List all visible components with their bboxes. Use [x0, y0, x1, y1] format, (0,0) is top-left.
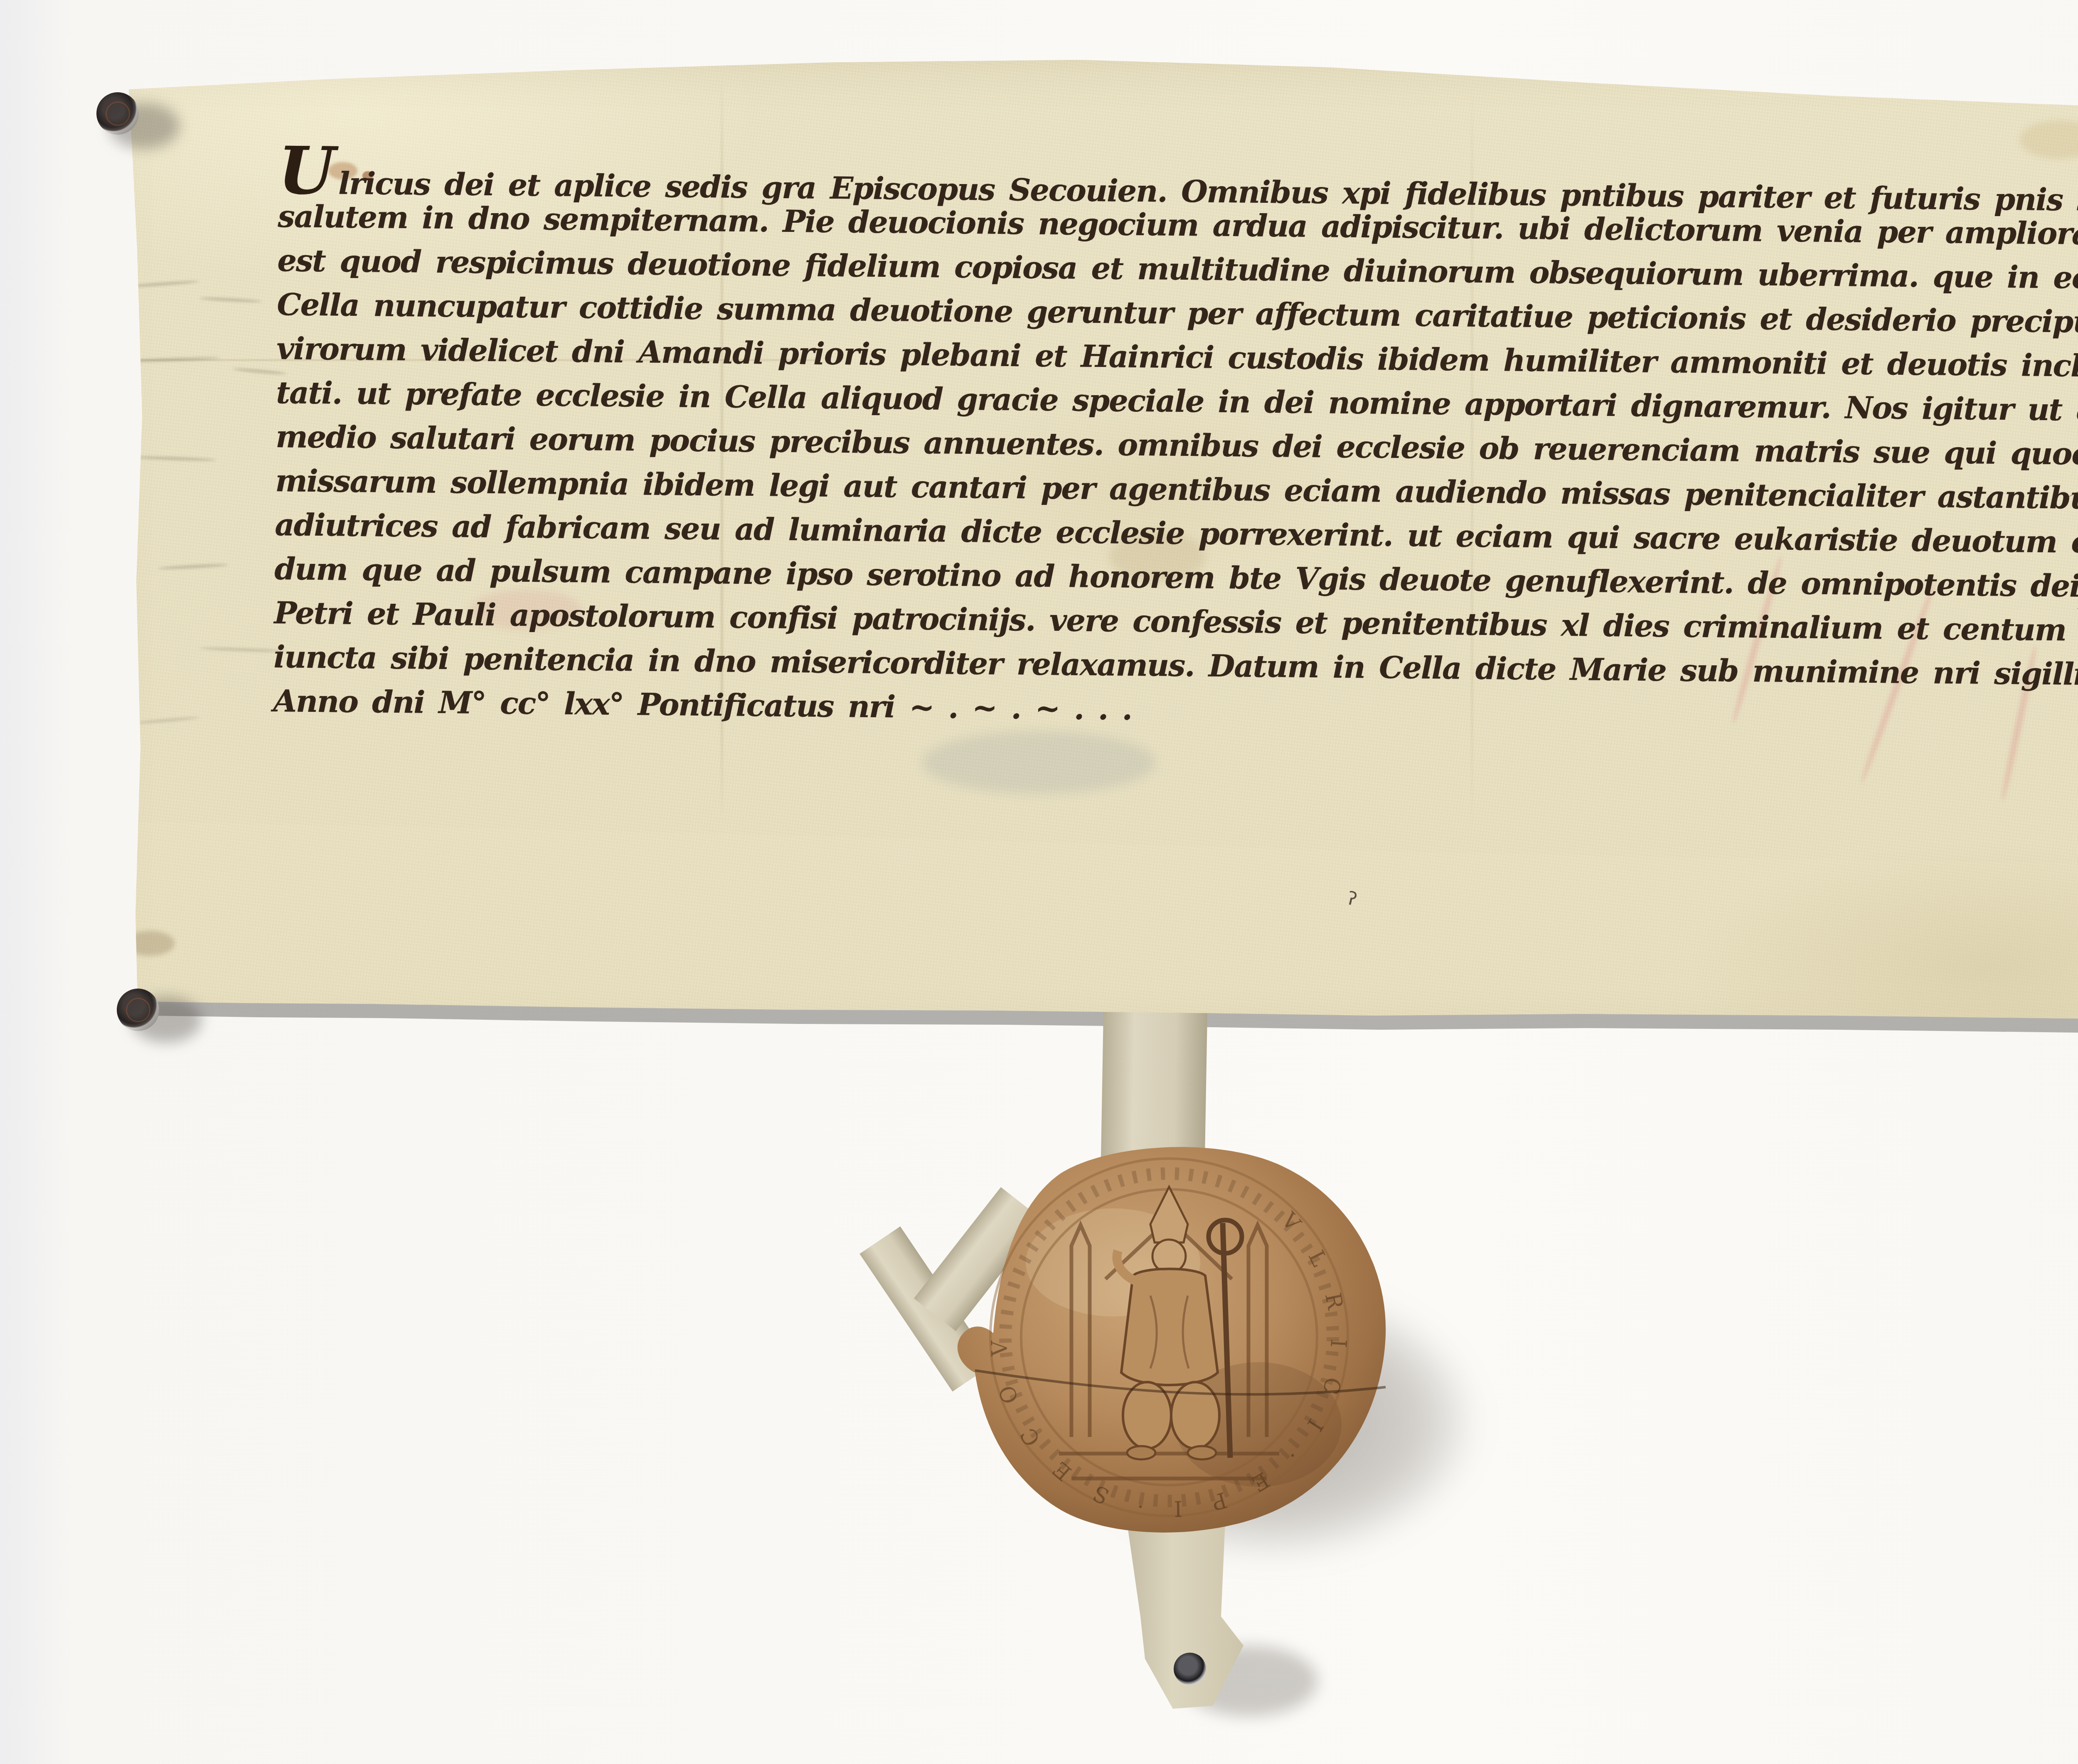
manuscript-text: Ulricus dei et aplice sedis gra Episcopu… — [273, 155, 2078, 745]
photo-of-charter: Ulricus dei et aplice sedis gra Episcopu… — [0, 0, 2078, 1764]
verso-ink-showthrough — [158, 563, 229, 570]
tag-grommet-pin — [1174, 1653, 1206, 1685]
wax-seal: V L R I C I · E P I · S E C O V — [934, 1138, 1404, 1553]
stain — [120, 471, 131, 480]
verso-seal-showthrough — [923, 731, 1155, 794]
verso-ink-showthrough — [125, 280, 199, 288]
stain — [2020, 121, 2078, 159]
verso-ink-showthrough — [199, 297, 262, 303]
verso-ink-showthrough — [133, 456, 216, 462]
corner-weight-pin-bottom-left — [117, 989, 159, 1031]
charter-parchment: Ulricus dei et aplice sedis gra Episcopu… — [96, 50, 2078, 1047]
corner-weight-pin-top-left — [96, 92, 139, 135]
verso-ink-showthrough — [133, 716, 199, 725]
